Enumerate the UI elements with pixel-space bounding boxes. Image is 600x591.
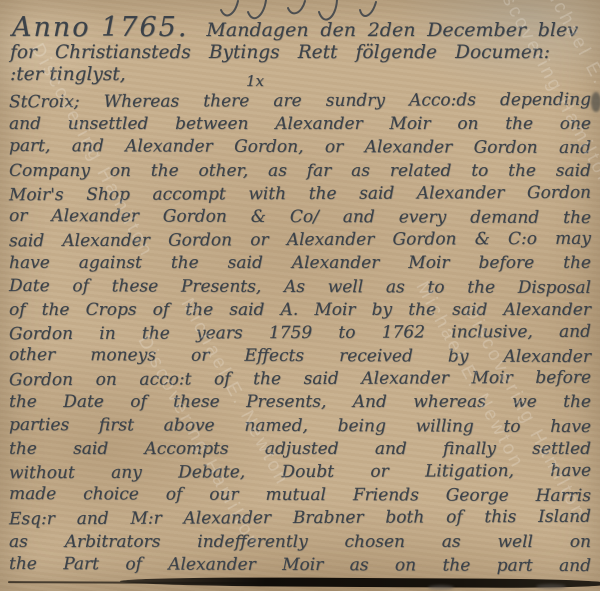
manuscript-line: without any Debate, Doubt or Litigation,… <box>0 460 600 486</box>
manuscript-line: Gordon in the years 1759 to 1762 inclusi… <box>0 321 600 347</box>
manuscript-page: Anno 1765. Mandagen den 2den December bl… <box>0 0 600 591</box>
header-line-3: :ter tinglyst, <box>10 64 126 85</box>
manuscript-line: the said Accompts adjusted and finally s… <box>0 438 600 461</box>
manuscript-line: StCroix; Whereas there are sundry Acco:d… <box>0 89 600 115</box>
manuscript-line: and unsettled between Alexander Moir on … <box>0 113 600 136</box>
folio-mark: 1x <box>246 72 264 90</box>
manuscript-line: said Alexander Gordon or Alexander Gordo… <box>0 228 600 254</box>
manuscript-line: of the Crops of the said A. Moir by the … <box>0 299 600 322</box>
manuscript-line: parties first above named, being willing… <box>0 414 600 439</box>
manuscript-line: made choice of our mutual Friends George… <box>0 483 600 508</box>
manuscript-line: Date of these Presents, As well as to th… <box>0 274 600 299</box>
manuscript-line: Esq:r and M:r Alexander Brabner both of … <box>0 506 600 532</box>
manuscript-line: have against the said Alexander Moir bef… <box>0 252 600 275</box>
manuscript-line: Moir's Shop accompt with the said Alexan… <box>0 181 600 207</box>
manuscript-line: Gordon on acco:t of the said Alexander M… <box>0 367 600 393</box>
header-line-1: Anno 1765. Mandagen den 2den December bl… <box>12 12 578 43</box>
bleedthrough-smudge <box>536 584 566 589</box>
header-line-2: for Christiansteds Bytings Rett fölgende… <box>10 42 550 63</box>
manuscript-line: the Date of these Presents, And whereas … <box>0 391 600 414</box>
page-edge-smudge <box>591 92 600 112</box>
manuscript-line: as Arbitrators indefferently chosen as w… <box>0 531 600 554</box>
scan-edge-band <box>120 577 600 589</box>
manuscript-line: the Part of Alexander Moir as on the par… <box>0 553 600 578</box>
manuscript-line: other moneys or Effects received by Alex… <box>0 344 600 369</box>
manuscript-line: or Alexander Gordon & Co/ and every dema… <box>0 205 600 230</box>
header-anno: Anno 1765. <box>12 12 188 43</box>
manuscript-line: part, and Alexander Gordon, or Alexander… <box>0 135 600 160</box>
header-line1-rest: Mandagen den 2den December blev <box>206 19 578 41</box>
manuscript-line: Company on the other, as far as related … <box>0 160 600 183</box>
bleedthrough-smudge <box>428 585 454 590</box>
manuscript-body: StCroix; Whereas there are sundry Acco:d… <box>0 90 600 577</box>
